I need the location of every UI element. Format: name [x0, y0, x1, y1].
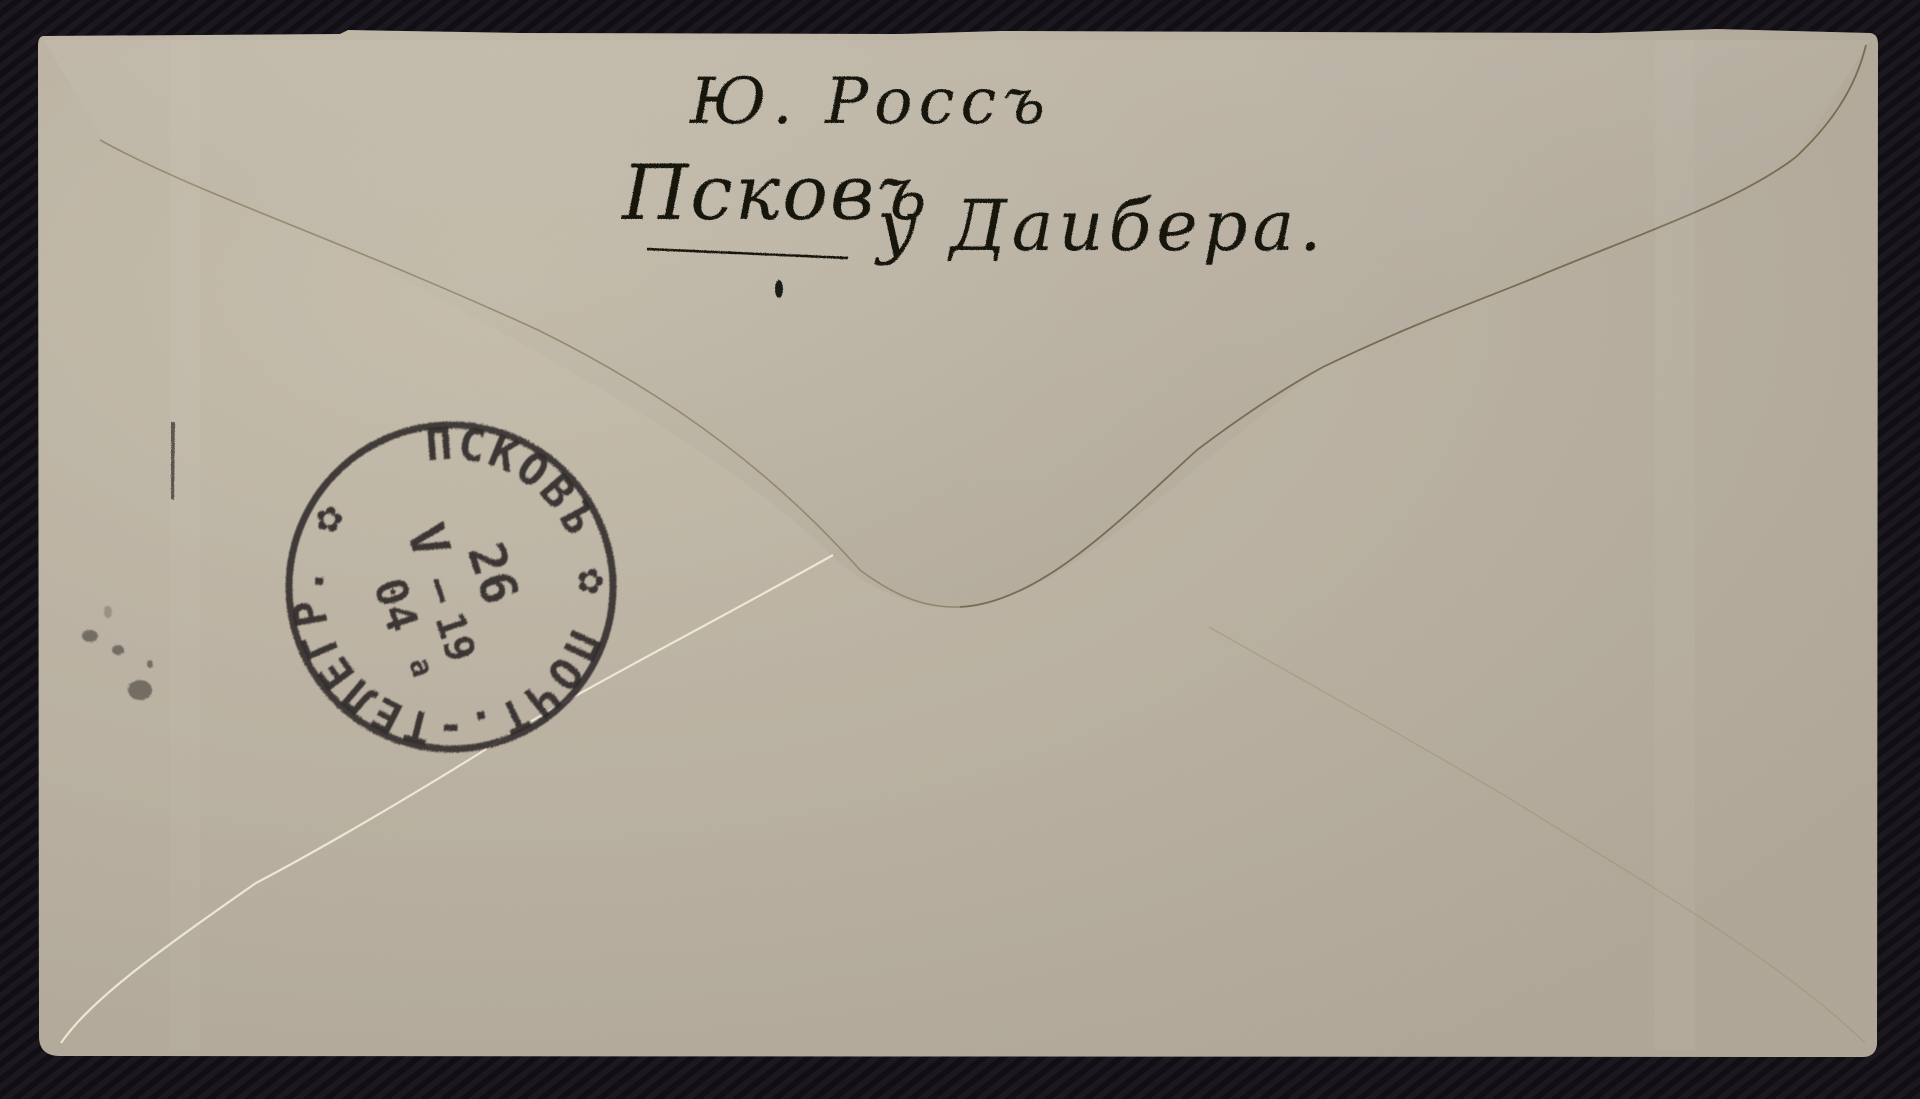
sender-care-of: у Даибера. — [874, 185, 1327, 267]
crease-shadow — [170, 40, 200, 1050]
crease-shadow — [1655, 40, 1695, 1050]
envelope-scene: Ю. Россъ Псковъ у Даибера. ПСКОВЪ ✿ ПОЧТ… — [0, 0, 1920, 1099]
sender-name: Ю. Россъ — [689, 65, 1051, 139]
ink-blot — [775, 280, 783, 298]
